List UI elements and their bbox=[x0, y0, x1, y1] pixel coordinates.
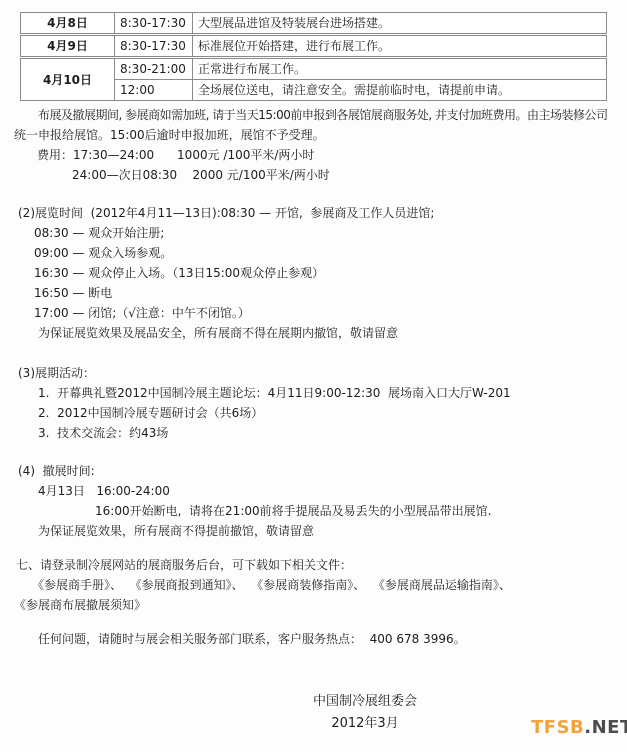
overtime-paragraph-line1: 布展及撤展期间, 参展商如需加班, 请于当天15:00前申报到各展馆展商服务处,… bbox=[38, 105, 627, 125]
exhibition-hours-item: 16:50 — 断电 bbox=[34, 283, 627, 303]
schedule-table-group: 4月8日 8:30-17:30 大型展品进馆及特装展台进场搭建。 4月9日 8:… bbox=[20, 12, 607, 101]
desc-cell: 正常进行布展工作。 bbox=[193, 59, 607, 80]
activity-item: 1. 开幕典礼暨2012中国制冷展主题论坛：4月11日9:00-12:30 展场… bbox=[38, 383, 627, 403]
exhibition-hours-item: 08:30 — 观众开始注册; bbox=[34, 223, 627, 243]
teardown-heading: (4) 撤展时间: bbox=[18, 461, 627, 481]
schedule-table-day2: 4月9日 8:30-17:30 标准展位开始搭建，进行布展工作。 bbox=[20, 35, 607, 57]
time-cell: 8:30-17:30 bbox=[115, 13, 193, 34]
teardown-power-line: 16:00开始断电, 请将在21:00前将手提展品及易丢失的小型展品带出展馆. bbox=[95, 501, 627, 521]
desc-cell: 标准展位开始搭建，进行布展工作。 bbox=[193, 36, 607, 57]
date-cell: 4月8日 bbox=[21, 13, 115, 34]
overtime-fee-line1: 费用：17:30—24:00 1000元 /100平米/两小时 bbox=[37, 145, 627, 165]
exhibition-hours-item: 17:00 — 闭馆;（√注意：中午不闭馆。） bbox=[34, 303, 627, 323]
teardown-time-line: 4月13日 16:00-24:00 bbox=[38, 481, 627, 501]
downloads-files-line2: 《参展商布展撤展须知》 bbox=[14, 595, 627, 615]
time-cell: 8:30-21:00 bbox=[115, 59, 193, 80]
overtime-paragraph-line2: 统一申报给展馆。15:00后逾时申报加班，展馆不予受理。 bbox=[14, 125, 627, 145]
watermark-name: TFSB bbox=[531, 717, 584, 738]
downloads-heading: 七、请登录制冷展网站的展商服务后台，可下载如下相关文件： bbox=[16, 555, 627, 575]
schedule-row: 4月8日 8:30-17:30 大型展品进馆及特装展台进场搭建。 bbox=[21, 13, 607, 34]
schedule-row: 4月9日 8:30-17:30 标准展位开始搭建，进行布展工作。 bbox=[21, 36, 607, 57]
contact-line: 任何问题，请随时与展会相关服务部门联系，客户服务热点： 400 678 3996… bbox=[38, 629, 627, 649]
desc-cell: 全场展位送电，请注意安全。需提前临时电，请提前申请。 bbox=[193, 80, 607, 101]
schedule-table-day3: 4月10日 8:30-21:00 正常进行布展工作。 12:00 全场展位送电，… bbox=[20, 58, 607, 101]
activity-item: 3. 技术交流会：约43场 bbox=[38, 423, 627, 443]
overtime-fee-line2: 24:00—次日08:30 2000 元/100平米/两小时 bbox=[72, 165, 627, 185]
time-cell: 8:30-17:30 bbox=[115, 36, 193, 57]
notice-document: 4月8日 8:30-17:30 大型展品进馆及特装展台进场搭建。 4月9日 8:… bbox=[14, 0, 627, 649]
footer-org: 中国制冷展组委会 bbox=[0, 691, 627, 713]
date-cell: 4月10日 bbox=[21, 59, 115, 101]
activity-item: 2. 2012中国制冷展专题研讨会（共6场） bbox=[38, 403, 627, 423]
schedule-table-day1: 4月8日 8:30-17:30 大型展品进馆及特装展台进场搭建。 bbox=[20, 12, 607, 34]
schedule-row: 4月10日 8:30-21:00 正常进行布展工作。 bbox=[21, 59, 607, 80]
document-page: 4月8日 8:30-17:30 大型展品进馆及特装展台进场搭建。 4月9日 8:… bbox=[0, 0, 627, 752]
teardown-note: 为保证展览效果，所有展商不得提前撤馆，敬请留意 bbox=[38, 521, 627, 541]
time-cell: 12:00 bbox=[115, 80, 193, 101]
watermark-tld: .NET bbox=[584, 717, 627, 738]
watermark-logo: TFSB.NET bbox=[531, 717, 627, 738]
date-cell: 4月9日 bbox=[21, 36, 115, 57]
activities-heading: (3)展期活动： bbox=[18, 363, 627, 383]
desc-cell: 大型展品进馆及特装展台进场搭建。 bbox=[193, 13, 607, 34]
exhibition-hours-item: 09:00 — 观众入场参观。 bbox=[34, 243, 627, 263]
exhibition-hours-heading: (2)展览时间 (2012年4月11—13日):08:30 — 开馆, 参展商及… bbox=[18, 203, 627, 223]
exhibition-hours-item: 16:30 — 观众停止入场。（13日15:00观众停止参观） bbox=[34, 263, 627, 283]
exhibition-hours-note: 为保证展览效果及展品安全，所有展商不得在展期内撤馆，敬请留意 bbox=[38, 323, 627, 343]
downloads-files-line1: 《参展商手册》、 《参展商报到通知》、 《参展商装修指南》、 《参展商展品运输指… bbox=[32, 575, 627, 595]
